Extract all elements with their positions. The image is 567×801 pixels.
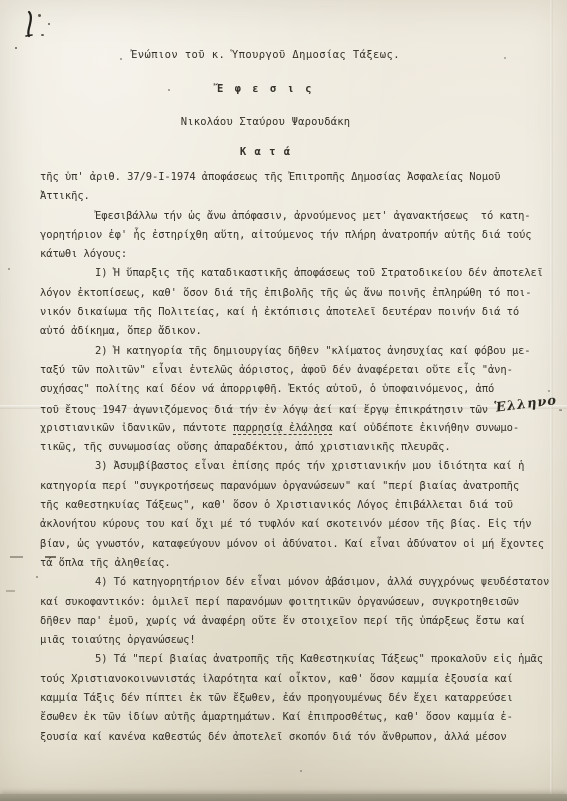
- typed-text: καί οὐδέποτε ἐκινήθην συνωμο-: [332, 422, 519, 434]
- typed-text: τῆς καθεστηκυίας Τάξεως", καθ' ὅσον ὁ Χρ…: [40, 499, 513, 511]
- document-line: τά ὅπλα τῆς ἀληθείας.: [40, 554, 560, 573]
- document-line: 4) Τό κατηγορητήριον δέν εἶναι μόνον ἀβά…: [40, 573, 560, 592]
- scan-bottom-edge: [0, 794, 567, 801]
- document-line: τῆς ὑπ' ἀριθ. 37/9-Ι-1974 ἀποφάσεως τῆς …: [40, 168, 560, 187]
- document-line: ταξύ τῶν πολιτῶν" εἶναι ἐντελῶς ἀόριστος…: [40, 361, 560, 380]
- typed-text: αὐτό ἀδίκημα, ὅπερ ἄδικον.: [40, 325, 202, 337]
- typed-text: δῆθεν παρ' ἐμοῦ, χωρίς νά ἀναφέρη οὔτε ἕ…: [40, 615, 525, 627]
- document-line: δῆθεν παρ' ἐμοῦ, χωρίς νά ἀναφέρη οὔτε ἕ…: [40, 612, 560, 631]
- heading-kata: Κ α τ ά: [40, 145, 491, 159]
- typed-text: μιᾶς τοιαύτης ὀργανώσεως!: [40, 634, 196, 646]
- heading-title-efesis: Ἔ φ ε σ ι ς: [40, 82, 491, 96]
- typed-text: τῆς ὑπ' ἀριθ. 37/9-Ι-1974 ἀποφάσεως τῆς …: [40, 171, 500, 183]
- typed-text: ταξύ τῶν πολιτῶν" εἶναι ἐντελῶς ἀόριστος…: [40, 364, 513, 376]
- document-line: κατηγορία περί "συγκροτήσεως παρανόμων ὀ…: [40, 477, 560, 496]
- document-line: κάτωθι λόγους:: [40, 245, 560, 264]
- typed-text: 2) Ἡ κατηγορία τῆς δημιουργίας δῆθεν "κλ…: [95, 345, 531, 357]
- typed-text: Ι) Ἡ ὕπαρξις τῆς καταδικαστικῆς ἀποφάσεω…: [95, 267, 543, 279]
- document-line: τοῦ ἔτους 1947 ἀγωνιζόμενος διά τήν ἐν λ…: [40, 400, 560, 419]
- document-line: νικόν δικαίωμα τῆς Πολιτείας, καί ἡ ἐκτό…: [40, 303, 560, 322]
- typed-text: κάτωθι λόγους:: [40, 248, 127, 260]
- document-line: μιᾶς τοιαύτης ὀργανώσεως!: [40, 631, 560, 650]
- typed-text: τούς Χριστιανοκοινωνιστάς ἱλαρότητα καί …: [40, 673, 513, 685]
- typed-text: λόγον ἐκτοπίσεως, καθ' ὅσον διά τῆς ἐπιβ…: [40, 287, 532, 299]
- document-line: ἔσωθεν ἐκ τῶν ἰδίων αὐτῆς ἁμαρτημάτων. Κ…: [40, 708, 560, 727]
- document-line: συχήσας" πολίτης καί δέον νά ἀπορριφθῆ. …: [40, 380, 560, 399]
- document-line: χριστιανικῶν ἰδανικῶν, πάντοτε παρρησίᾳ …: [40, 419, 560, 438]
- typed-text: 4) Τό κατηγορητήριον δέν εἶναι μόνον ἀβά…: [95, 576, 549, 588]
- typed-text: βίαν, ὡς γνωστόν, καταφεύγουν μόνον οἱ ἀ…: [40, 538, 544, 550]
- typed-text: τικῶς, τῆς συνωμοσίας οὔσης ἀπαραδέκτου,…: [40, 441, 451, 453]
- document-body: τῆς ὑπ' ἀριθ. 37/9-Ι-1974 ἀποφάσεως τῆς …: [40, 168, 560, 747]
- typed-text: -: [557, 404, 563, 416]
- document-line: τούς Χριστιανοκοινωνιστάς ἱλαρότητα καί …: [40, 670, 560, 689]
- typed-text: ἔσωθεν ἐκ τῶν ἰδίων αὐτῆς ἁμαρτημάτων. Κ…: [40, 711, 513, 723]
- heading-appellant-name: Νικολάου Σταύρου Ψαρουδάκη: [40, 115, 491, 129]
- typed-text: τά ὅπλα τῆς ἀληθείας.: [40, 557, 171, 569]
- document-line: αὐτό ἀδίκημα, ὅπερ ἄδικον.: [40, 322, 560, 341]
- document-line: ἀκλονήτου κύρους του καί ὄχι μέ τό τυφλό…: [40, 515, 560, 534]
- document-line: καμμία Τάξις δέν πίπτει ἐκ τῶν ἔξωθεν, ἐ…: [40, 689, 560, 708]
- typed-text: Ἀττικῆς.: [40, 190, 90, 202]
- document-line: τικῶς, τῆς συνωμοσίας οὔσης ἀπαραδέκτου,…: [40, 438, 560, 457]
- scanned-page: Ἐνώπιον τοῦ κ. Ὑπουργοῦ Δημοσίας Τάξεως.…: [0, 0, 567, 801]
- document-line: τῆς καθεστηκυίας Τάξεως", καθ' ὅσον ὁ Χρ…: [40, 496, 560, 515]
- typed-text: κατηγορία περί "συγκροτήσεως παρανόμων ὀ…: [40, 480, 519, 492]
- document-line: Ι) Ἡ ὕπαρξις τῆς καταδικαστικῆς ἀποφάσεω…: [40, 264, 560, 283]
- typed-text: τοῦ ἔτους 1947 ἀγωνιζόμενος διά τήν ἐν λ…: [40, 404, 494, 416]
- document-line: καί συκοφαντικόν: ὁμιλεῖ περί παρανόμων …: [40, 593, 560, 612]
- document-line: Ἀττικῆς.: [40, 187, 560, 206]
- document-line: 5) Τά "περί βιαίας ἀνατροπῆς τῆς Καθεστη…: [40, 650, 560, 669]
- document-line: γορητήριον ἐφ' ἧς ἐστηρίχθη αὕτη, αἰτούμ…: [40, 226, 560, 245]
- typed-text: 3) Ἀσυμβίβαστος εἶναι ἐπίσης πρός τήν χρ…: [95, 460, 524, 472]
- document-line: 2) Ἡ κατηγορία τῆς δημιουργίας δῆθεν "κλ…: [40, 342, 560, 361]
- document-line: λόγον ἐκτοπίσεως, καθ' ὅσον διά τῆς ἐπιβ…: [40, 284, 560, 303]
- typed-text: συχήσας" πολίτης καί δέον νά ἀπορριφθῆ. …: [40, 383, 494, 395]
- document-line: 3) Ἀσυμβίβαστος εἶναι ἐπίσης πρός τήν χρ…: [40, 457, 560, 476]
- typed-text: καί συκοφαντικόν: ὁμιλεῖ περί παρανόμων …: [40, 596, 519, 608]
- typed-text: ἀκλονήτου κύρους του καί ὄχι μέ τό τυφλό…: [40, 518, 532, 530]
- typed-text: 5) Τά "περί βιαίας ἀνατροπῆς τῆς Καθεστη…: [95, 653, 543, 665]
- document-heading: Ἐνώπιον τοῦ κ. Ὑπουργοῦ Δημοσίας Τάξεως.…: [40, 48, 545, 159]
- typed-text: νικόν δικαίωμα τῆς Πολιτείας, καί ἡ ἐκτό…: [40, 306, 519, 318]
- typed-text: καμμία Τάξις δέν πίπτει ἐκ τῶν ἔξωθεν, ἐ…: [40, 692, 513, 704]
- heading-court-line: Ἐνώπιον τοῦ κ. Ὑπουργοῦ Δημοσίας Τάξεως.: [40, 48, 491, 62]
- typed-text: ξουσία καί κανένα καθεστώς δέν ἀποτελεῖ …: [40, 731, 507, 743]
- typed-text: γορητήριον ἐφ' ἧς ἐστηρίχθη αὕτη, αἰτούμ…: [40, 229, 532, 241]
- underlined-phrase: παρρησίᾳ ἐλάλησα: [233, 422, 333, 435]
- document-line: ξουσία καί κανένα καθεστώς δέν ἀποτελεῖ …: [40, 728, 560, 747]
- document-line: βίαν, ὡς γνωστόν, καταφεύγουν μόνον οἱ ἀ…: [40, 535, 560, 554]
- document-line: Ἐφεσιβάλλω τήν ὡς ἄνω ἀπόφασιν, ἀρνούμεν…: [40, 207, 560, 226]
- typed-text: χριστιανικῶν ἰδανικῶν, πάντοτε: [40, 422, 233, 434]
- typed-text: Ἐφεσιβάλλω τήν ὡς ἄνω ἀπόφασιν, ἀρνούμεν…: [95, 210, 531, 222]
